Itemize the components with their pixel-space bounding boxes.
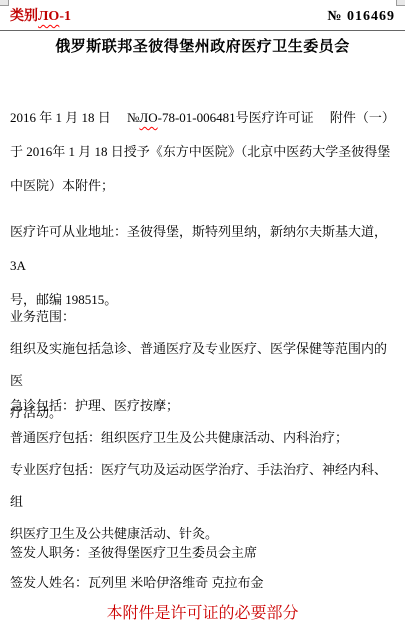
document-title: 俄罗斯联邦圣彼得堡州政府医疗卫生委员会 — [0, 35, 405, 56]
category-suffix: -1 — [59, 9, 71, 24]
license-line1-pre: 2016 年 1 月 18 日 № — [10, 110, 139, 125]
document-header: 类别ЛО-1 № 016469 — [10, 8, 395, 26]
category-label: 类别ЛО-1 — [10, 8, 71, 26]
issuer-position-line: 签发人职务：圣彼得堡医疗卫生委员会主席 — [10, 538, 399, 568]
scope-line-2: 组织及实施包括急诊、普通医疗及专业医疗、医学保健等范围内的医 — [10, 333, 399, 397]
footer-note: 本附件是许可证的必要部分 — [0, 602, 405, 626]
license-paragraph: 2016 年 1 月 18 日 №ЛО-78-01-006481号医疗许可证 附… — [10, 101, 399, 203]
document-page: 类别ЛО-1 № 016469 俄罗斯联邦圣彼得堡州政府医疗卫生委员会 2016… — [0, 0, 405, 638]
address-line-1: 医疗许可从业地址：圣彼得堡，斯特列里纳，新纳尔夫斯基大道，3A — [10, 215, 399, 283]
scope-heading-line: 业务范围： — [10, 301, 399, 333]
license-line1-post: -78-01-006481号医疗许可证 附件（一） — [158, 110, 395, 125]
serial-number: № 016469 — [327, 8, 395, 26]
license-number-code: ЛО — [139, 110, 157, 125]
services-general-line: 普通医疗包括：组织医疗卫生及公共健康活动、内科治疗； — [10, 422, 399, 454]
services-special-line-1: 专业医疗包括：医疗气功及运动医学治疗、手法治疗、神经内科、组 — [10, 454, 399, 518]
services-paragraph: 急诊包括：护理、医疗按摩； 普通医疗包括：组织医疗卫生及公共健康活动、内科治疗；… — [10, 390, 399, 550]
header-divider — [0, 30, 405, 31]
license-line-2: 于 2016年 1 月 18 日授予《东方中医院》（北京中医药大学圣彼得堡 — [10, 135, 399, 169]
issuer-block: 签发人职务：圣彼得堡医疗卫生委员会主席 签发人姓名：瓦列里 米哈伊洛维奇 克拉布… — [10, 538, 399, 598]
services-emergency-line: 急诊包括：护理、医疗按摩； — [10, 390, 399, 422]
window-edge-artifact-right — [396, 0, 405, 6]
license-line-1: 2016 年 1 月 18 日 №ЛО-78-01-006481号医疗许可证 附… — [10, 101, 399, 135]
window-edge-artifact-left — [0, 0, 9, 6]
issuer-name-line: 签发人姓名：瓦列里 米哈伊洛维奇 克拉布金 — [10, 568, 399, 598]
license-line-3: 中医院）本附件； — [10, 169, 399, 203]
category-code: ЛО — [38, 9, 59, 24]
category-prefix: 类别 — [10, 9, 38, 24]
